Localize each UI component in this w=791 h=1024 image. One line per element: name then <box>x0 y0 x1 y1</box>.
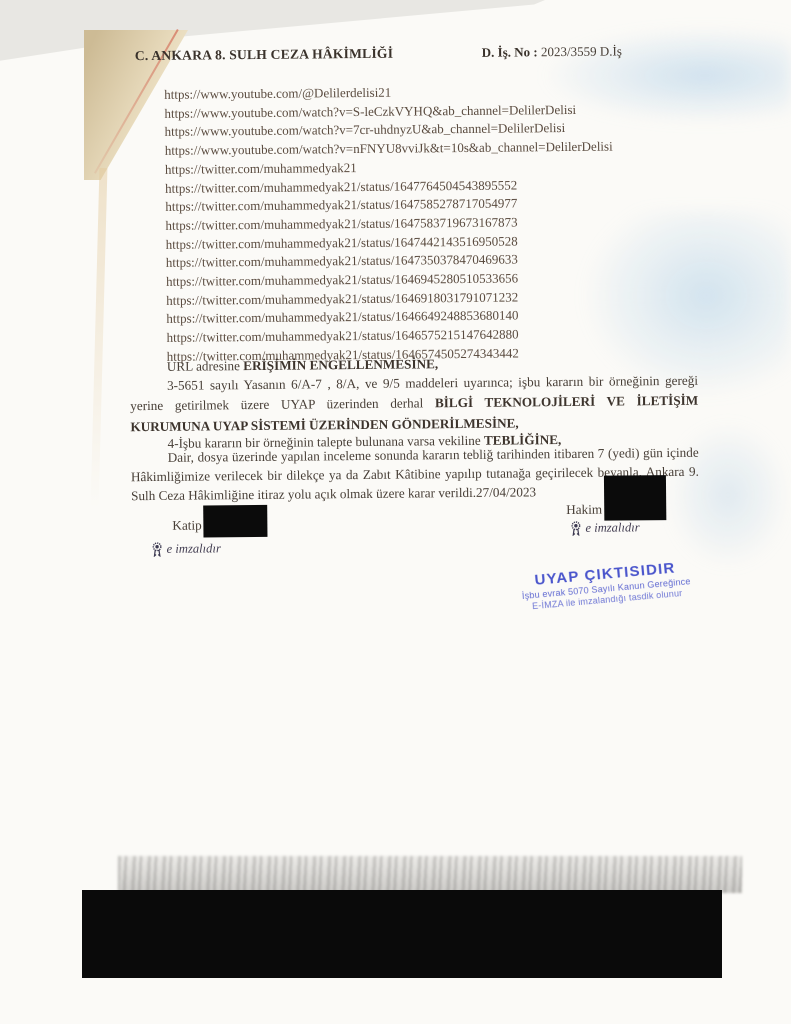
case-number-value: 2023/3559 D.İş <box>541 43 622 59</box>
esignature-note: e imzalıdır <box>167 541 221 557</box>
judge-signature-block: Hakim e imzalıdır <box>566 497 666 536</box>
scanned-court-document: { "header": { "court": "C. ANKARA 8. SUL… <box>0 0 791 1024</box>
blocked-url-list: https://www.youtube.com/@Delilerdelisi21… <box>164 82 615 367</box>
clerk-label: Katip <box>172 518 201 534</box>
esignature-note: e imzalıdır <box>585 520 639 536</box>
esignature-seal-icon <box>152 542 163 557</box>
esignature-seal-icon <box>570 521 581 536</box>
clerk-signature-block: Katip e imzalıdır <box>172 513 268 557</box>
court-title: C. ANKARA 8. SULH CEZA HÂKİMLİĞİ <box>135 46 393 64</box>
judge-name-redaction <box>604 475 666 521</box>
case-number: D. İş. No : 2023/3559 D.İş <box>482 43 622 60</box>
uyap-stamp: UYAP ÇIKTISIDIR İşbu evrak 5070 Sayılı K… <box>516 558 697 613</box>
bottom-redaction-block <box>82 890 722 978</box>
decision-item-3: 3-5651 sayılı Yasanın 6/A-7 , 8/A, ve 9/… <box>130 371 699 438</box>
scan-noise-band <box>118 856 742 893</box>
case-number-label: D. İş. No : <box>482 44 538 60</box>
clerk-name-redaction <box>203 505 267 538</box>
judge-label: Hakim <box>566 501 602 517</box>
document-header: C. ANKARA 8. SULH CEZA HÂKİMLİĞİ D. İş. … <box>135 43 622 64</box>
